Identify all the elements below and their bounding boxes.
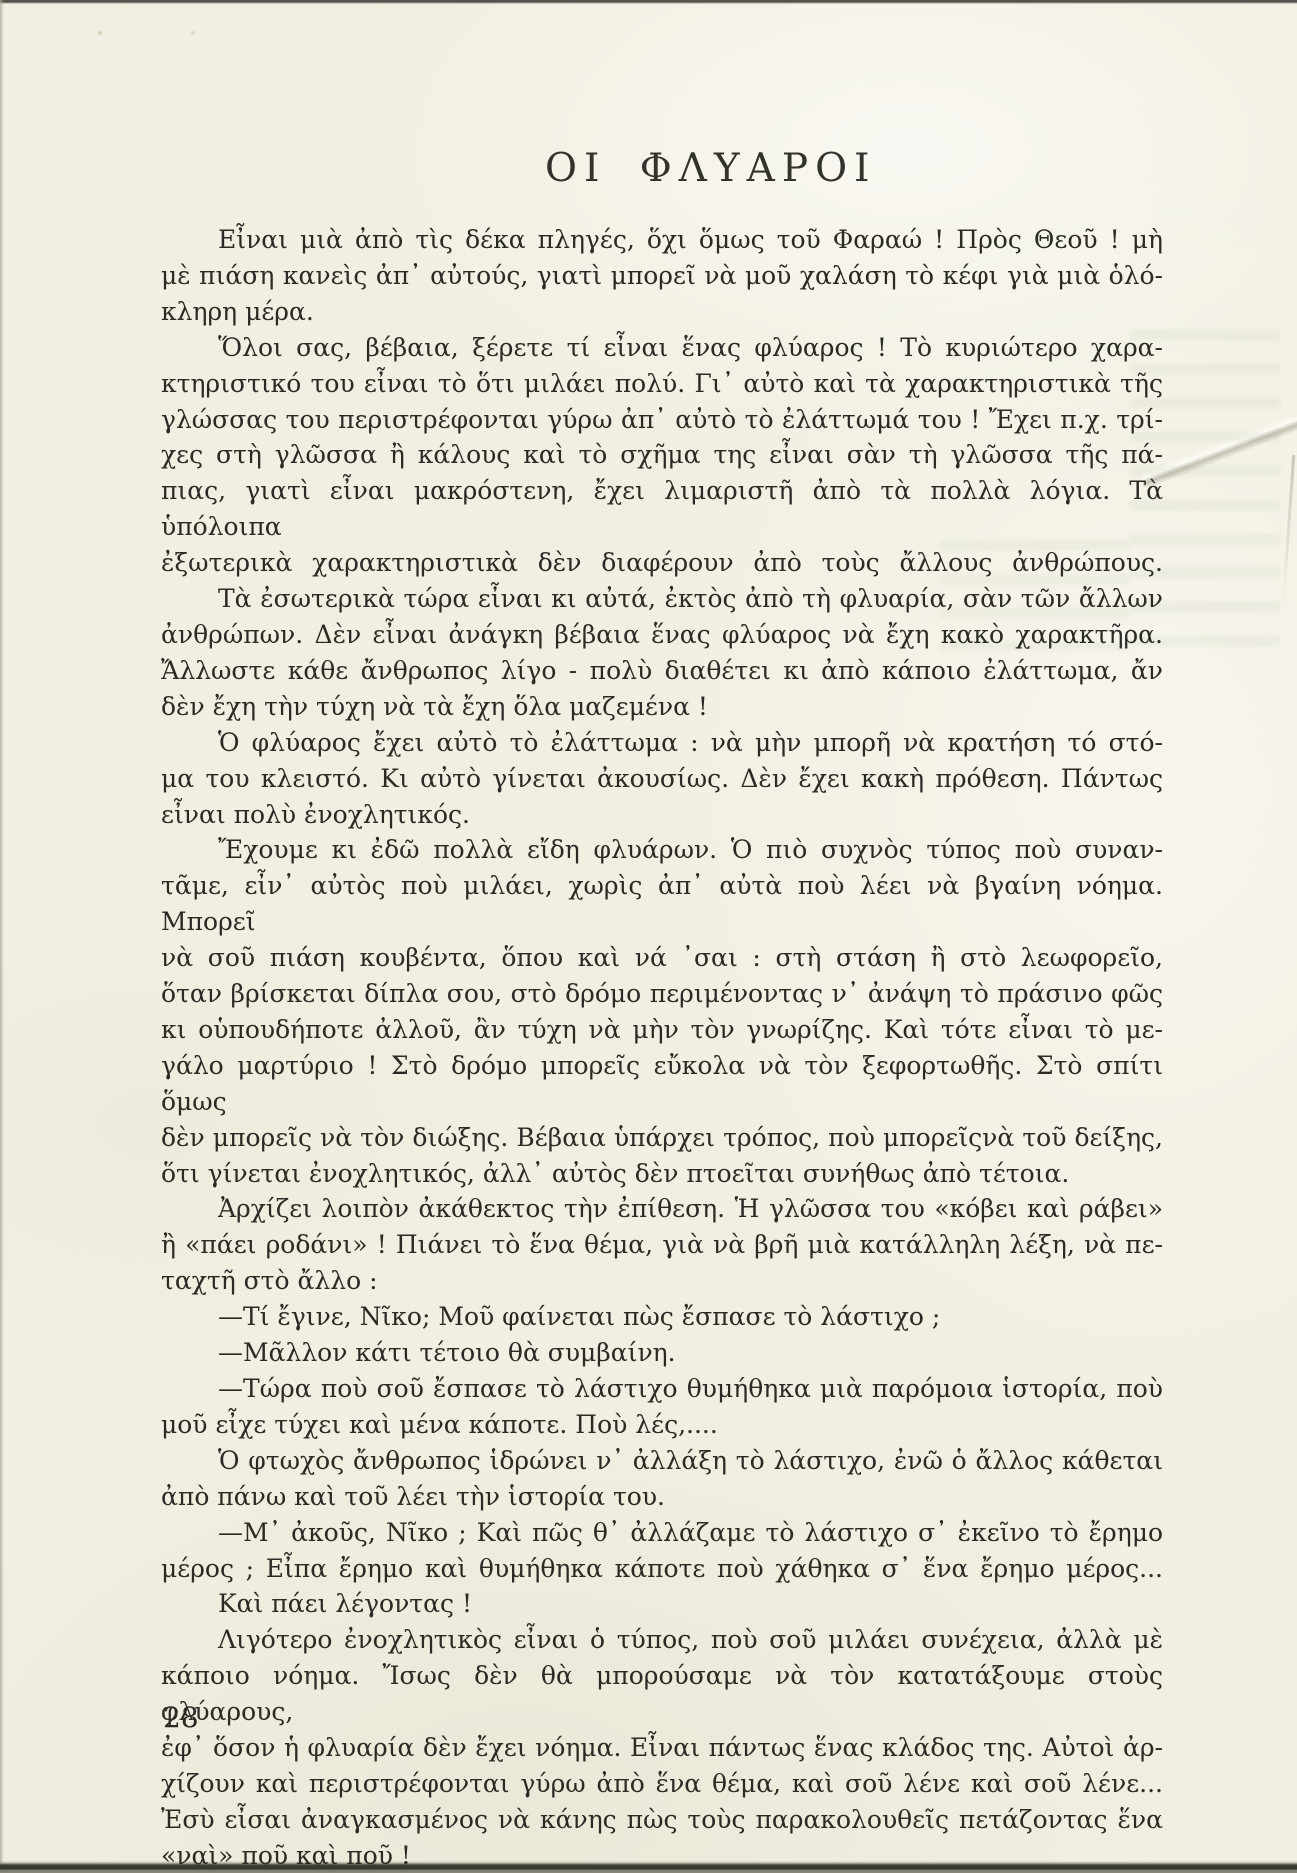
text-line: γάλο μαρτύριο ! Στὸ δρόμο μπορεῖς εὔκολα… bbox=[161, 1048, 1163, 1120]
dialogue-line: μοῦ εἶχε τύχει καὶ μένα κάποτε. Ποὺ λές,… bbox=[161, 1407, 1163, 1443]
text-line: ἢ «πάει ροδάνι» ! Πιάνει τὸ ἕνα θέμα, γι… bbox=[161, 1227, 1163, 1263]
text-line: ἐφ᾽ ὅσον ἡ φλυαρία δὲν ἔχει νόημα. Εἶναι… bbox=[161, 1730, 1163, 1766]
text-line: ἐξωτερικὰ χαρακτηριστικὰ δὲν διαφέρουν ἀ… bbox=[161, 545, 1163, 581]
text-line: Τὰ ἐσωτερικὰ τώρα εἶναι κι αὐτά, ἐκτὸς ἀ… bbox=[161, 581, 1163, 617]
dialogue-line: —Μ᾽ ἀκοῦς, Νῖκο ; Καὶ πῶς θ᾽ ἀλλάζαμε τὸ… bbox=[161, 1515, 1163, 1551]
text-line: κι οὑπουδήποτε ἀλλοῦ, ἂν τύχη νὰ μὴν τὸν… bbox=[161, 1012, 1163, 1048]
text-line: Ἐσὺ εἶσαι ἀναγκασμένος νὰ κάνης πὼς τοὺς… bbox=[161, 1802, 1163, 1838]
text-line: Ἄλλωστε κάθε ἄνθρωπος λίγο - πολὺ διαθέτ… bbox=[161, 653, 1163, 689]
scan-left-edge bbox=[0, 0, 4, 1873]
text-line: δὲν μπορεῖς νὰ τὸν διώξης. Βέβαια ὑπάρχε… bbox=[161, 1120, 1163, 1156]
paper-crease-tail bbox=[1282, 455, 1295, 605]
text-line: γλώσσας του περιστρέφονται γύρω ἀπ᾽ αὐτὸ… bbox=[161, 402, 1163, 438]
page-title: ΟΙ ΦΛΥΑΡΟΙ bbox=[545, 146, 876, 191]
text-line: Ἀρχίζει λοιπὸν ἀκάθεκτος τὴν ἐπίθεση. Ἡ … bbox=[161, 1191, 1163, 1227]
text-line: μα του κλειστό. Κι αὐτὸ γίνεται ἀκουσίως… bbox=[161, 761, 1163, 797]
text-line: χες στὴ γλῶσσα ἢ κάλους καὶ τὸ σχῆμα της… bbox=[161, 437, 1163, 473]
text-line: δὲν ἔχη τὴν τύχη νὰ τὰ ἔχη ὅλα μαζεμένα … bbox=[161, 689, 1163, 725]
text-block: Εἶναι μιὰ ἀπὸ τὶς δέκα πληγές, ὅχι ὅμως … bbox=[161, 222, 1163, 1873]
text-line: ὅτι γίνεται ἐνοχλητικός, ἀλλ᾽ αὐτὸς δὲν … bbox=[161, 1156, 1163, 1192]
text-line: Εἶναι μιὰ ἀπὸ τὶς δέκα πληγές, ὅχι ὅμως … bbox=[161, 222, 1163, 258]
text-line: νὰ σοῦ πιάση κουβέντα, ὅπου καὶ νά ᾽σαι … bbox=[161, 940, 1163, 976]
dialogue-line: μέρος ; Εἶπα ἔρημο καὶ θυμήθηκα κάποτε π… bbox=[161, 1551, 1163, 1587]
text-line: Ὅλοι σας, βέβαια, ξέρετε τί εἶναι ἕνας φ… bbox=[161, 330, 1163, 366]
scanned-book-page: ΟΙ ΦΛΥΑΡΟΙ Εἶναι μιὰ ἀπὸ τὶς δέκα πληγές… bbox=[0, 0, 1297, 1873]
text-line: Ἔχουμε κι ἐδῶ πολλὰ εἴδη φλυάρων. Ὁ πιὸ … bbox=[161, 832, 1163, 868]
dialogue-line: —Τί ἔγινε, Νῖκο; Μοῦ φαίνεται πὼς ἔσπασε… bbox=[161, 1299, 1163, 1335]
scan-top-edge bbox=[0, 0, 1297, 4]
text-line: μὲ πιάση κανεὶς ἀπ᾽ αὐτούς, γιατὶ μπορεῖ… bbox=[161, 258, 1163, 294]
dialogue-line: —Τώρα ποὺ σοῦ ἔσπασε τὸ λάστιχο θυμήθηκα… bbox=[161, 1371, 1163, 1407]
text-line: κτηριστικό του εἶναι τὸ ὅτι μιλάει πολύ.… bbox=[161, 366, 1163, 402]
text-line: Ὁ φτωχὸς ἄνθρωπος ἱδρώνει ν᾽ ἀλλάξη τὸ λ… bbox=[161, 1443, 1163, 1479]
text-line: κληρη μέρα. bbox=[161, 294, 1163, 330]
text-line: ἀπὸ πάνω καὶ τοῦ λέει τὴν ἱστορία του. bbox=[161, 1479, 1163, 1515]
text-line: ὅταν βρίσκεται δίπλα σου, στὸ δρόμο περι… bbox=[161, 976, 1163, 1012]
text-line: «ναὶ» ποῦ καὶ ποῦ ! bbox=[161, 1838, 1163, 1873]
dialogue-line: —Μᾶλλον κάτι τέτοιο θὰ συμβαίνη. bbox=[161, 1335, 1163, 1371]
text-line: πιας, γιατὶ εἶναι μακρόστενη, ἔχει λιμαρ… bbox=[161, 473, 1163, 545]
text-line: χίζουν καὶ περιστρέφονται γύρω ἀπὸ ἕνα θ… bbox=[161, 1766, 1163, 1802]
page-number: 28 bbox=[163, 1701, 199, 1734]
text-line: τᾶμε, εἶν᾽ αὐτὸς ποὺ μιλάει, χωρὶς ἀπ᾽ α… bbox=[161, 868, 1163, 940]
text-line: Λιγότερο ἐνοχλητικὸς εἶναι ὁ τύπος, ποὺ … bbox=[161, 1622, 1163, 1658]
text-line: εἶναι πολὺ ἐνοχλητικός. bbox=[161, 797, 1163, 833]
text-line: Ὁ φλύαρος ἔχει αὐτὸ τὸ ἐλάττωμα : νὰ μὴν… bbox=[161, 725, 1163, 761]
text-line: Καὶ πάει λέγοντας ! bbox=[161, 1586, 1163, 1622]
text-line: κάποιο νόημα. Ἴσως δὲν θὰ μπορούσαμε νὰ … bbox=[161, 1658, 1163, 1730]
text-line: ταχτῆ στὸ ἄλλο : bbox=[161, 1263, 1163, 1299]
text-line: ἀνθρώπων. Δὲν εἶναι ἀνάγκη βέβαια ἕνας φ… bbox=[161, 617, 1163, 653]
